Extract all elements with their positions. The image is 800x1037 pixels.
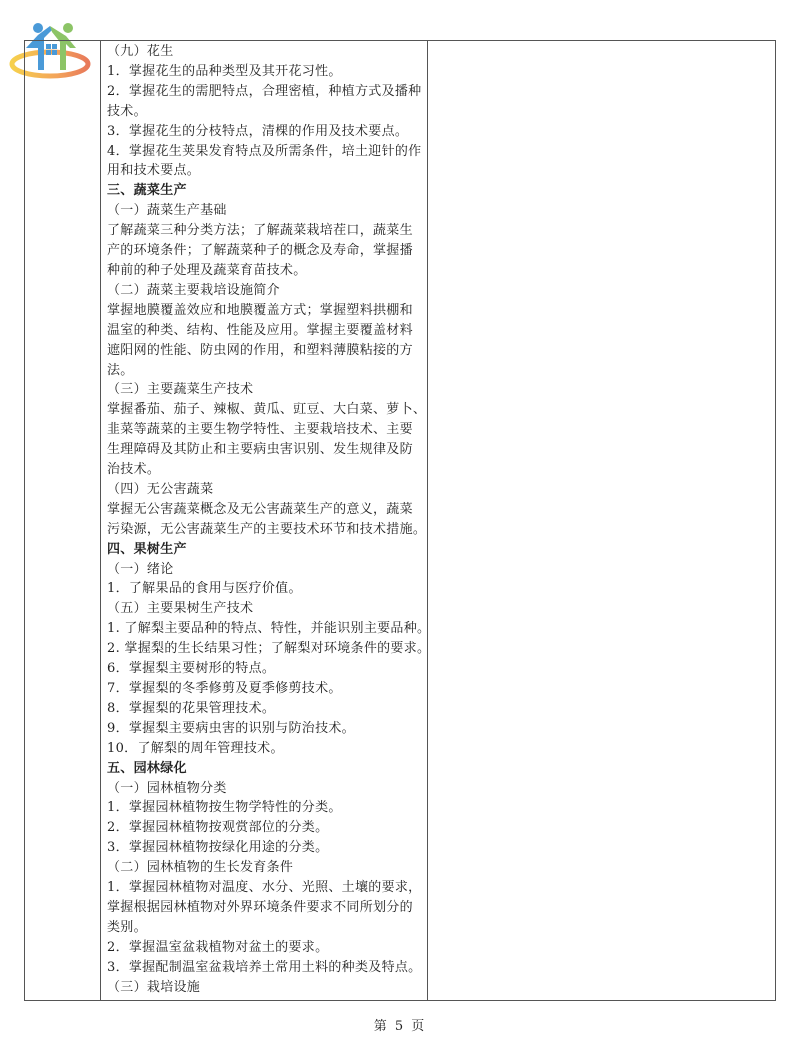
content-line: 类别。: [107, 918, 427, 938]
content-line: 污染源，无公害蔬菜生产的主要技术环节和技术措施。: [107, 520, 427, 540]
content-line: 2. 掌握梨的生长结果习性；了解梨对环境条件的要求。: [107, 639, 427, 659]
subsection-heading: （一）绪论: [107, 560, 427, 580]
content-line: 8．掌握梨的花果管理技术。: [107, 699, 427, 719]
content-line: 1．掌握园林植物按生物学特性的分类。: [107, 798, 427, 818]
content-line: 掌握根据园林植物对外界环境条件要求不同所划分的: [107, 898, 427, 918]
content-line: 治技术。: [107, 460, 427, 480]
syllabus-table: （九）花生1．掌握花生的品种类型及其开花习性。2．掌握花生的需肥特点，合理密植，…: [24, 40, 776, 1001]
content-line: 用和技术要点。: [107, 161, 427, 181]
content-line: 掌握无公害蔬菜概念及无公害蔬菜生产的意义，蔬菜: [107, 500, 427, 520]
content-line: 2．掌握花生的需肥特点，合理密植，种植方式及播种: [107, 82, 427, 102]
section-heading: 四、果树生产: [107, 540, 427, 560]
content-line: 3．掌握花生的分枝特点，清棵的作用及技术要点。: [107, 122, 427, 142]
subsection-heading: （九）花生: [107, 42, 427, 62]
content-line: 9．掌握梨主要病虫害的识别与防治技术。: [107, 719, 427, 739]
content-line: 4．掌握花生荚果发育特点及所需条件，培土迎针的作: [107, 142, 427, 162]
content-line: 1．掌握花生的品种类型及其开花习性。: [107, 62, 427, 82]
content-line: 种前的种子处理及蔬菜育苗技术。: [107, 261, 427, 281]
subsection-heading: （二）园林植物的生长发育条件: [107, 858, 427, 878]
table-column-content: （九）花生1．掌握花生的品种类型及其开花习性。2．掌握花生的需肥特点，合理密植，…: [101, 41, 428, 1000]
subsection-heading: （三）主要蔬菜生产技术: [107, 380, 427, 400]
subsection-heading: （五）主要果树生产技术: [107, 599, 427, 619]
content-line: 了解蔬菜三种分类方法；了解蔬菜栽培茬口，蔬菜生: [107, 221, 427, 241]
content-line: 温室的种类、结构、性能及应用。掌握主要覆盖材料: [107, 321, 427, 341]
subsection-heading: （一）园林植物分类: [107, 779, 427, 799]
content-line: 产的环境条件；了解蔬菜种子的概念及寿命，掌握播: [107, 241, 427, 261]
content-line: 2．掌握园林植物按观赏部位的分类。: [107, 818, 427, 838]
content-line: 6．掌握梨主要树形的特点。: [107, 659, 427, 679]
table-column-left: [25, 41, 101, 1000]
subsection-heading: （三）栽培设施: [107, 978, 427, 998]
content-line: 10．了解梨的周年管理技术。: [107, 739, 427, 759]
table-column-right: [428, 41, 775, 1000]
content-line: 1. 了解梨主要品种的特点、特性，并能识别主要品种。: [107, 619, 427, 639]
content-line: 生理障碍及其防止和主要病虫害识别、发生规律及防: [107, 440, 427, 460]
content-line: 1．了解果品的食用与医疗价值。: [107, 579, 427, 599]
content-line: 3．掌握配制温室盆栽培养土常用土料的种类及特点。: [107, 958, 427, 978]
section-heading: 三、蔬菜生产: [107, 181, 427, 201]
content-line: 掌握地膜覆盖效应和地膜覆盖方式；掌握塑料拱棚和: [107, 301, 427, 321]
content-line: 1．掌握园林植物对温度、水分、光照、土壤的要求，: [107, 878, 427, 898]
content-line: 法。: [107, 361, 427, 381]
content-line: 7．掌握梨的冬季修剪及夏季修剪技术。: [107, 679, 427, 699]
content-line: 技术。: [107, 102, 427, 122]
content-line: 遮阳网的性能、防虫网的作用，和塑料薄膜粘接的方: [107, 341, 427, 361]
content-line: 3．掌握园林植物按绿化用途的分类。: [107, 838, 427, 858]
content-line: 韭菜等蔬菜的主要生物学特性、主要栽培技术、主要: [107, 420, 427, 440]
page-number: 第 5 页: [0, 1015, 800, 1034]
section-heading: 五、园林绿化: [107, 759, 427, 779]
subsection-heading: （一）蔬菜生产基础: [107, 201, 427, 221]
content-line: 掌握番茄、茄子、辣椒、黄瓜、豇豆、大白菜、萝卜、: [107, 400, 427, 420]
content-line: 2．掌握温室盆栽植物对盆土的要求。: [107, 938, 427, 958]
subsection-heading: （四）无公害蔬菜: [107, 480, 427, 500]
subsection-heading: （二）蔬菜主要栽培设施简介: [107, 281, 427, 301]
